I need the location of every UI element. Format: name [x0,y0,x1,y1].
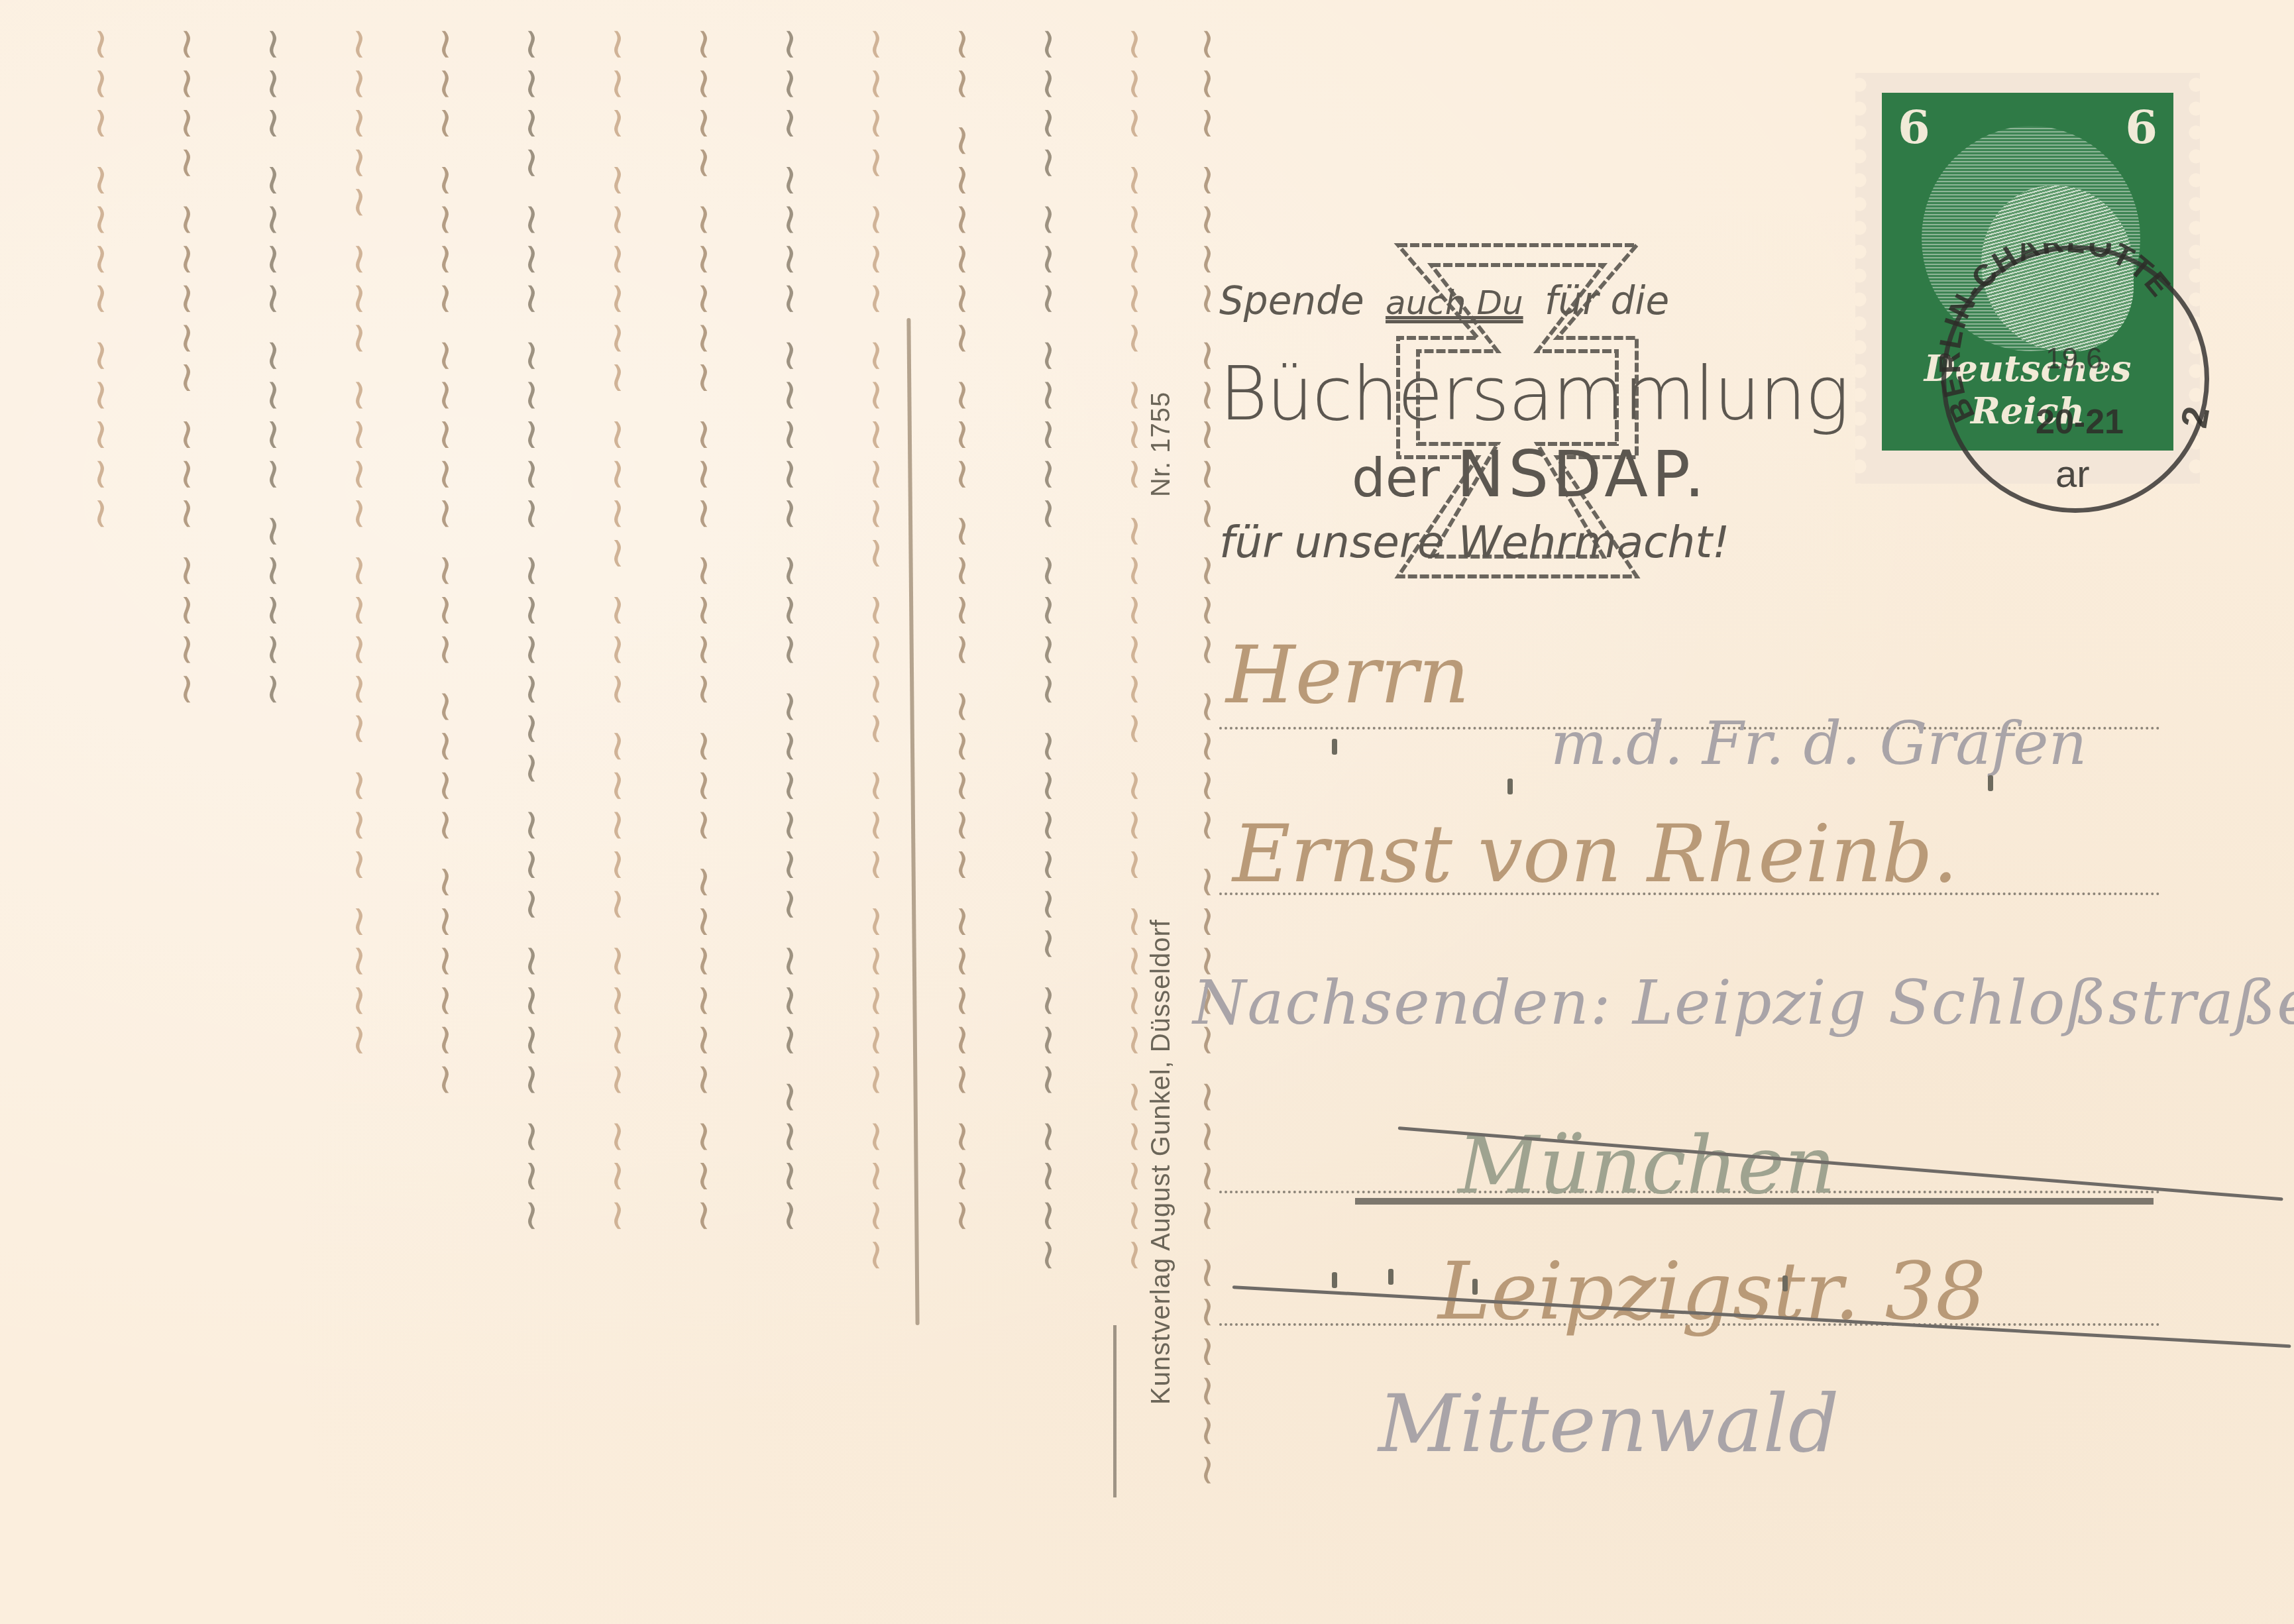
round-postmark: BERLIN-CHARLOTTENBURG 19.6. 20-21 ar 2 [1941,245,2209,513]
message-line-text: ~~~~ ~~~~~ ~~~ ~~~~ ~~~ ~~~~~~ ~~~ [680,27,729,1238]
address-salutation: Herrn [1226,629,1470,722]
message-line-text: ~~~ ~~~~ ~~~~~ [77,27,126,535]
message-line: ~~~~~ ~~~ ~~~~ ~~~~~ ~~~ ~~~~ [345,27,391,1617]
handwritten-dash-stroke [1113,1325,1117,1497]
ink-mark [1988,775,1993,791]
ink-mark [1507,779,1513,794]
message-line: ~~~~ ~~~ ~~~~~ ~~~~ ~~~~~~ ~~~ ~~~~ [1034,27,1080,1617]
message-line: ~~~ ~~~~ ~~~~~ [86,27,133,1617]
slogan-line-1: Spende auch Du für die [1219,278,1669,323]
stamp-value-right: 6 [2125,99,2157,154]
slogan-cancellation: Spende auch Du für die Büchersammlung de… [1206,239,1816,596]
slogan-word-spende: Spende [1219,278,1364,323]
message-line-text: ~~~~ ~~~ ~~~~~~ ~~~~ ~~~ ~~~~~ ~~~~ [852,27,901,1277]
ink-mark [1782,1275,1788,1291]
ink-mark [1388,1269,1393,1285]
message-line-text: ~~~~ ~~~ ~~~~~ ~~~~~~ ~~~ ~~~~ ~~~ [508,27,557,1238]
stamp-value-left: 6 [1898,99,1930,154]
slogan-line-4: für unsere Wehrmacht! [1219,517,1730,568]
postmark-code: ar [2055,452,2090,496]
ink-mark [1332,1272,1337,1288]
card-number: Nr. 1755 [1146,392,1176,497]
ink-mark [1472,1279,1478,1295]
slogan-line-2: Büchersammlung [1219,351,1848,437]
message-line-text: ~~~ ~~~~ ~~~~~ ~~~ ~~~~~~ ~~~ ~~~~ [766,27,815,1238]
address-pencil-new-city: Mittenwald [1378,1378,1839,1470]
slogan-word-auch-du: auch Du [1386,284,1523,322]
message-line: ~~~ ~~~~ ~~~~ ~~~~~ [258,27,305,1617]
svg-text:BERLIN-CHARLOTTENBURG: BERLIN-CHARLOTTENBURG [1939,243,2178,428]
message-line-text: ~~~ ~~~~ ~~~~ ~~~~~ [249,27,298,711]
slogan-word-der: der [1352,447,1440,509]
message-line-text: ~~~~ ~~~ ~~~~~ ~~~~ ~~~~~~ ~~~ ~~~~ [1024,27,1073,1277]
message-line: ~~~~ ~~~~~ ~~~ ~~~~ [172,27,219,1617]
message-line: ~~~~ ~~~ ~~~~~~ ~~~~ ~~~ ~~~~~ ~~~~ [861,27,908,1617]
message-line-text: ~~~ ~~~~ ~~~~~ ~~~ ~~~~ ~~~~~~ [421,27,470,1101]
message-line-text: ~~~ ~~~~~~ ~~~~ ~~~ ~~~~~ ~~~~ ~~~ [594,27,643,1238]
postmark-date: 19.6. [2046,343,2110,376]
message-line: ~~ ~~~~~~ ~~~ ~~~~ ~~~~~ ~~~~~ ~~~ [948,27,994,1617]
slogan-line-3: der NSDAP. [1352,437,1708,512]
message-line: ~~~ ~~~~~~ ~~~~ ~~~ ~~~~~ ~~~~ ~~~ [603,27,649,1617]
message-line: ~~~~ ~~~~~ ~~~ ~~~~ ~~~ ~~~~~~ ~~~ [689,27,736,1617]
address-recipient-name: Ernst von Rheinb. [1232,808,1958,900]
postcard-back: ~~~ ~~~~ ~~~~~ ~~~ ~~~~ ~~~~~ ~~~~ ~~~~~… [0,0,2294,1624]
message-line-text: ~~~~ ~~~~~ ~~~ ~~~~ [163,27,212,711]
publisher-imprint: Kunstverlag August Gunkel, Düsseldorf Nr… [1146,278,1193,1405]
postmark-time: 20-21 [2036,402,2124,442]
publisher-name: Kunstverlag August Gunkel, Düsseldorf [1146,919,1176,1405]
scalloped-edge-right [2279,0,2294,1624]
message-line: ~~~ ~~~~ ~~~~~ ~~~ ~~~~~~ ~~~ ~~~~ [775,27,822,1617]
address-pencil-forward: Nachsenden: Leipzig Schloßstraße [1193,967,2294,1038]
address-city-struck: München [1458,1120,1835,1212]
handwritten-underline-stroke [906,318,919,1325]
scalloped-edge-top [0,0,2294,15]
slogan-word-fuer-die: für die [1545,278,1669,323]
slogan-word-party: NSDAP. [1456,437,1708,512]
message-line-text: ~~~~~ ~~~ ~~~~ ~~~~~ ~~~ ~~~~ [335,27,384,1062]
message-line: ~~~~ ~~~ ~~~~~ ~~~~~~ ~~~ ~~~~ ~~~ [517,27,563,1617]
ink-mark [1332,739,1337,755]
message-line: ~~~ ~~~~ ~~~~~ ~~~ ~~~~ ~~~~~~ [431,27,477,1617]
address-pencil-note-1: m.d. Fr. d. Grafen [1551,709,2087,779]
message-line-text: ~~ ~~~~~~ ~~~ ~~~~ ~~~~~ ~~~~~ ~~~ [938,27,987,1238]
